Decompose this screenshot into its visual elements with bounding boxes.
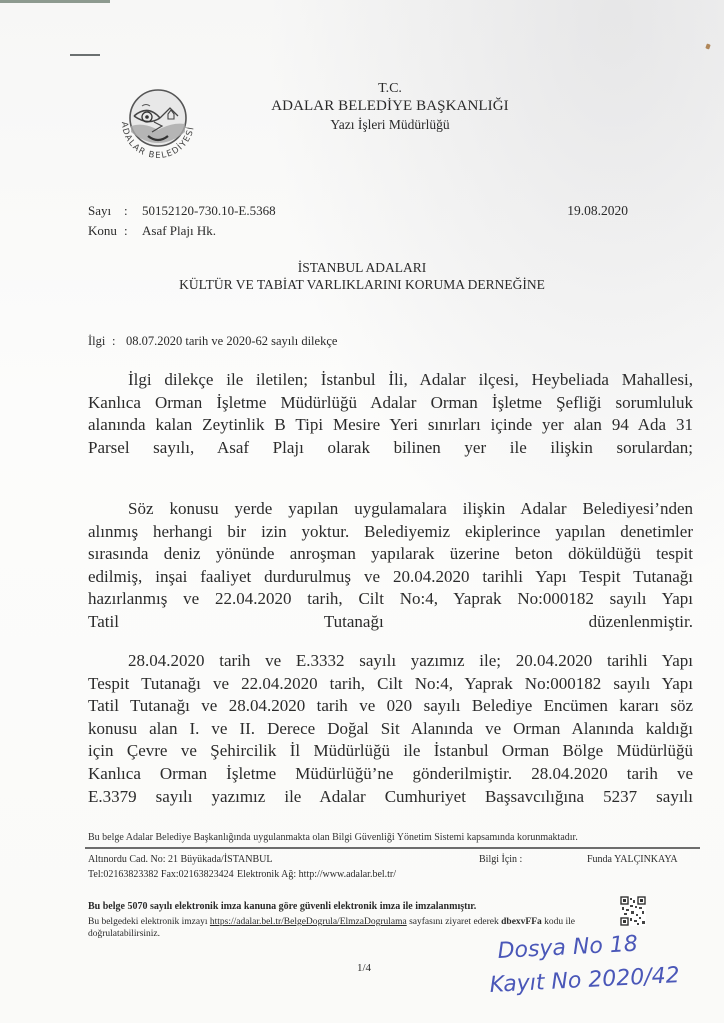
security-note: Bu belge Adalar Belediye Başkanlığında u… bbox=[88, 832, 578, 843]
document-page: ADALAR BELEDİYESİ T.C. ADALAR BELEDİYE B… bbox=[0, 0, 724, 1023]
reference-value: 08.07.2020 tarih ve 2020-62 sayılı dilek… bbox=[126, 334, 337, 348]
scan-speck bbox=[705, 43, 710, 49]
reference-line: İlgi:08.07.2020 tarih ve 2020-62 sayılı … bbox=[88, 334, 337, 349]
text-line: 28.04.2020 tarih ve E.3332 sayılı yazımı… bbox=[88, 650, 693, 673]
footer-divider bbox=[85, 847, 700, 849]
text-line: Kanlıca Orman İşletme Müdürlüğü Adalar O… bbox=[88, 392, 693, 415]
number-value: 50152120-730.10-E.5368 bbox=[142, 203, 276, 218]
handwritten-line-1: Dosya No 18 bbox=[497, 932, 638, 964]
contact-name: Funda YALÇINKAYA bbox=[587, 854, 678, 865]
text-line: hazırlanmış ve 22.04.2020 tarih, Cilt No… bbox=[88, 588, 693, 611]
handwritten-annotation: Dosya No 18 Kayıt No 2020/42 bbox=[488, 930, 698, 1010]
website: Elektronik Ağ: http://www.adalar.bel.tr/ bbox=[237, 869, 396, 880]
recipient-line-2: KÜLTÜR VE TABİAT VARLIKLARINI KORUMA DER… bbox=[0, 276, 724, 293]
text-line: alınmış herhangi bir izin yoktur. Beledi… bbox=[88, 521, 693, 544]
department-name: Yazı İşleri Müdürlüğü bbox=[230, 116, 550, 133]
text-line: Söz konusu yerde yapılan uygulamalara il… bbox=[88, 498, 693, 521]
subject-label: Konu bbox=[88, 223, 124, 239]
text-line: Tespit Tutanağı ve 22.04.2020 tarih, Cil… bbox=[88, 673, 693, 696]
verification-link[interactable]: https://adalar.bel.tr/BelgeDogrula/Elmza… bbox=[210, 917, 407, 927]
text-line: alanında kalan Zeytinlik B Tipi Mesire Y… bbox=[88, 414, 693, 437]
country-label: T.C. bbox=[230, 80, 550, 97]
esign-statement: Bu belge 5070 sayılı elektronik imza kan… bbox=[88, 901, 476, 912]
scan-edge-mark bbox=[0, 0, 110, 3]
contact-label: Bilgi İçin : bbox=[479, 854, 522, 865]
qr-code-icon bbox=[620, 896, 646, 926]
verification-code: dbexvFFa bbox=[501, 917, 542, 927]
text-line: edilmiş, inşai faaliyet durdurulmuş ve 2… bbox=[88, 566, 693, 589]
text-line: için Çevre ve Şehircilik İl Müdürlüğü il… bbox=[88, 740, 693, 763]
page-number: 1/4 bbox=[357, 962, 371, 974]
text-line-spread: Tatil Tutanağı düzenlenmiştir. bbox=[88, 611, 693, 634]
text-line: E.3379 sayılı yazımız ile Adalar Cumhuri… bbox=[88, 786, 693, 809]
subject-value: Asaf Plajı Hk. bbox=[142, 223, 216, 238]
address: Altınordu Cad. No: 21 Büyükada/İSTANBUL bbox=[88, 854, 272, 865]
punch-mark bbox=[70, 54, 100, 56]
phone-fax: Tel:02163823382 Fax:02163823424 bbox=[88, 869, 234, 880]
reference-label: İlgi bbox=[88, 334, 112, 349]
document-date: 19.08.2020 bbox=[567, 203, 628, 219]
body-paragraph-1: İlgi dilekçe ile iletilen; İstanbul İli,… bbox=[88, 369, 693, 459]
document-subject: Konu:Asaf Plajı Hk. bbox=[88, 223, 216, 239]
organization-name: ADALAR BELEDİYE BAŞKANLIĞI bbox=[230, 97, 550, 116]
text-line: Tatil Tutanağı ve 28.04.2020 tarih ve 02… bbox=[88, 695, 693, 718]
letterhead: T.C. ADALAR BELEDİYE BAŞKANLIĞI Yazı İşl… bbox=[230, 80, 550, 133]
body-paragraph-2: Söz konusu yerde yapılan uygulamalara il… bbox=[88, 498, 693, 634]
recipient-line-1: İSTANBUL ADALARI bbox=[0, 259, 724, 276]
text-line: sırasında deniz yönünde anroşman yapılar… bbox=[88, 543, 693, 566]
text-line: konusu alan I. ve II. Derece Doğal Sit A… bbox=[88, 718, 693, 741]
text-line: Kanlıca Orman İşletme Müdürlüğü’ne gönde… bbox=[88, 763, 693, 786]
text-line: İlgi dilekçe ile iletilen; İstanbul İli,… bbox=[88, 369, 693, 392]
document-number: Sayı:50152120-730.10-E.5368 bbox=[88, 203, 276, 219]
text-line: Parsel sayılı, Asaf Plajı olarak bilinen… bbox=[88, 437, 693, 460]
handwritten-line-2: Kayıt No 2020/42 bbox=[489, 963, 680, 998]
number-label: Sayı bbox=[88, 203, 124, 219]
body-paragraph-3: 28.04.2020 tarih ve E.3332 sayılı yazımı… bbox=[88, 650, 693, 808]
recipient-block: İSTANBUL ADALARI KÜLTÜR VE TABİAT VARLIK… bbox=[0, 259, 724, 293]
municipality-logo-icon: ADALAR BELEDİYESİ bbox=[104, 82, 212, 166]
